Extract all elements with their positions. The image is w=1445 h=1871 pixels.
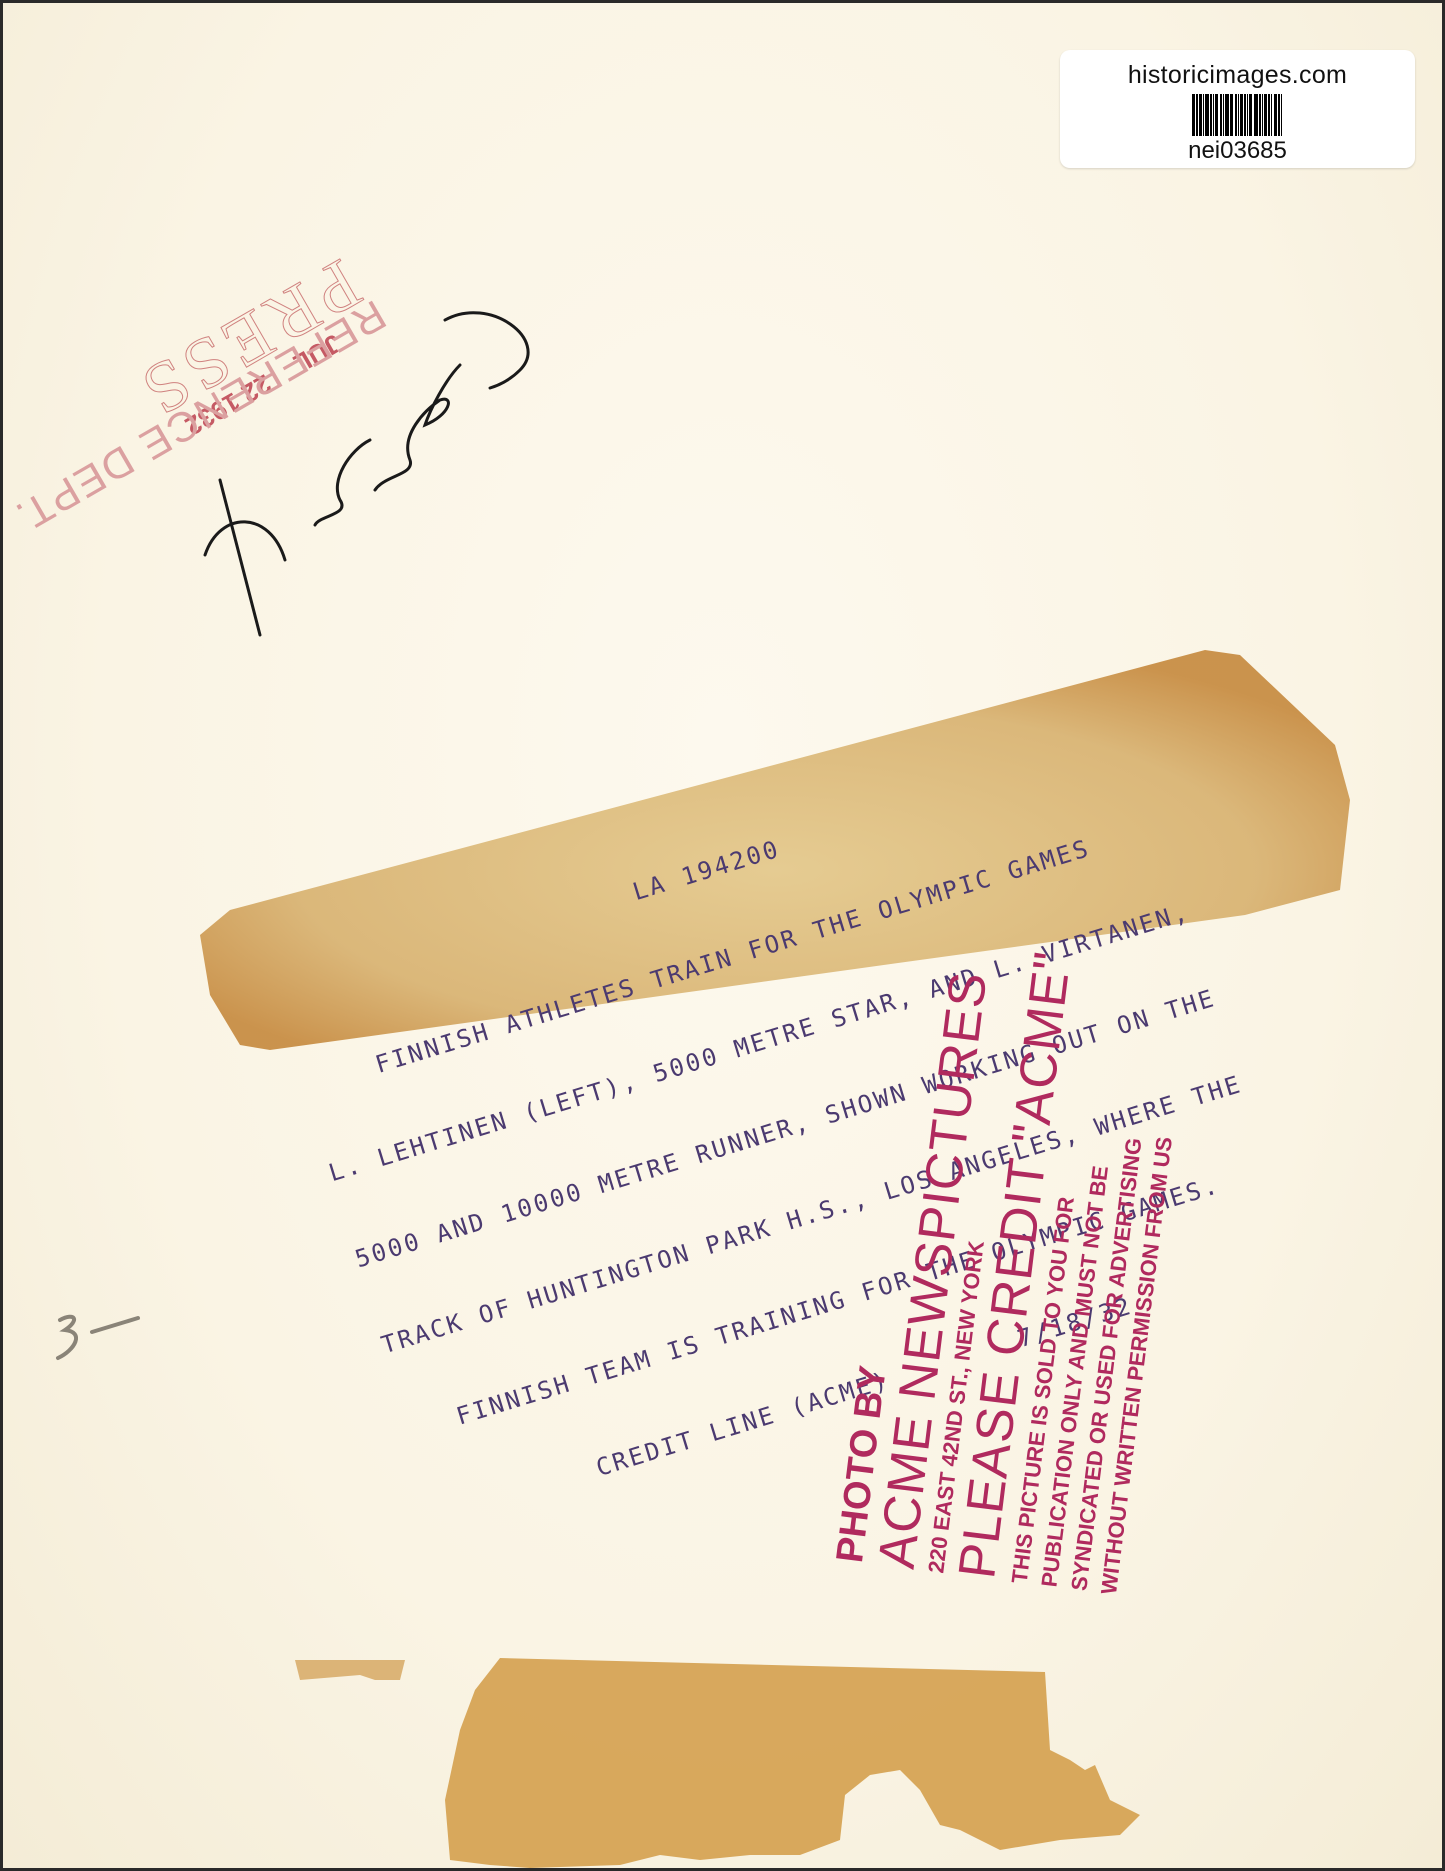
tape-residue [280,1650,1180,1871]
site-name: historicimages.com [1060,61,1415,90]
pencil-note [50,1310,150,1370]
handwritten-number [190,300,550,640]
barcode-label: historicimages.com nei03685 [1060,50,1415,168]
item-code: nei03685 [1060,137,1415,165]
barcode-icon [1118,94,1358,136]
